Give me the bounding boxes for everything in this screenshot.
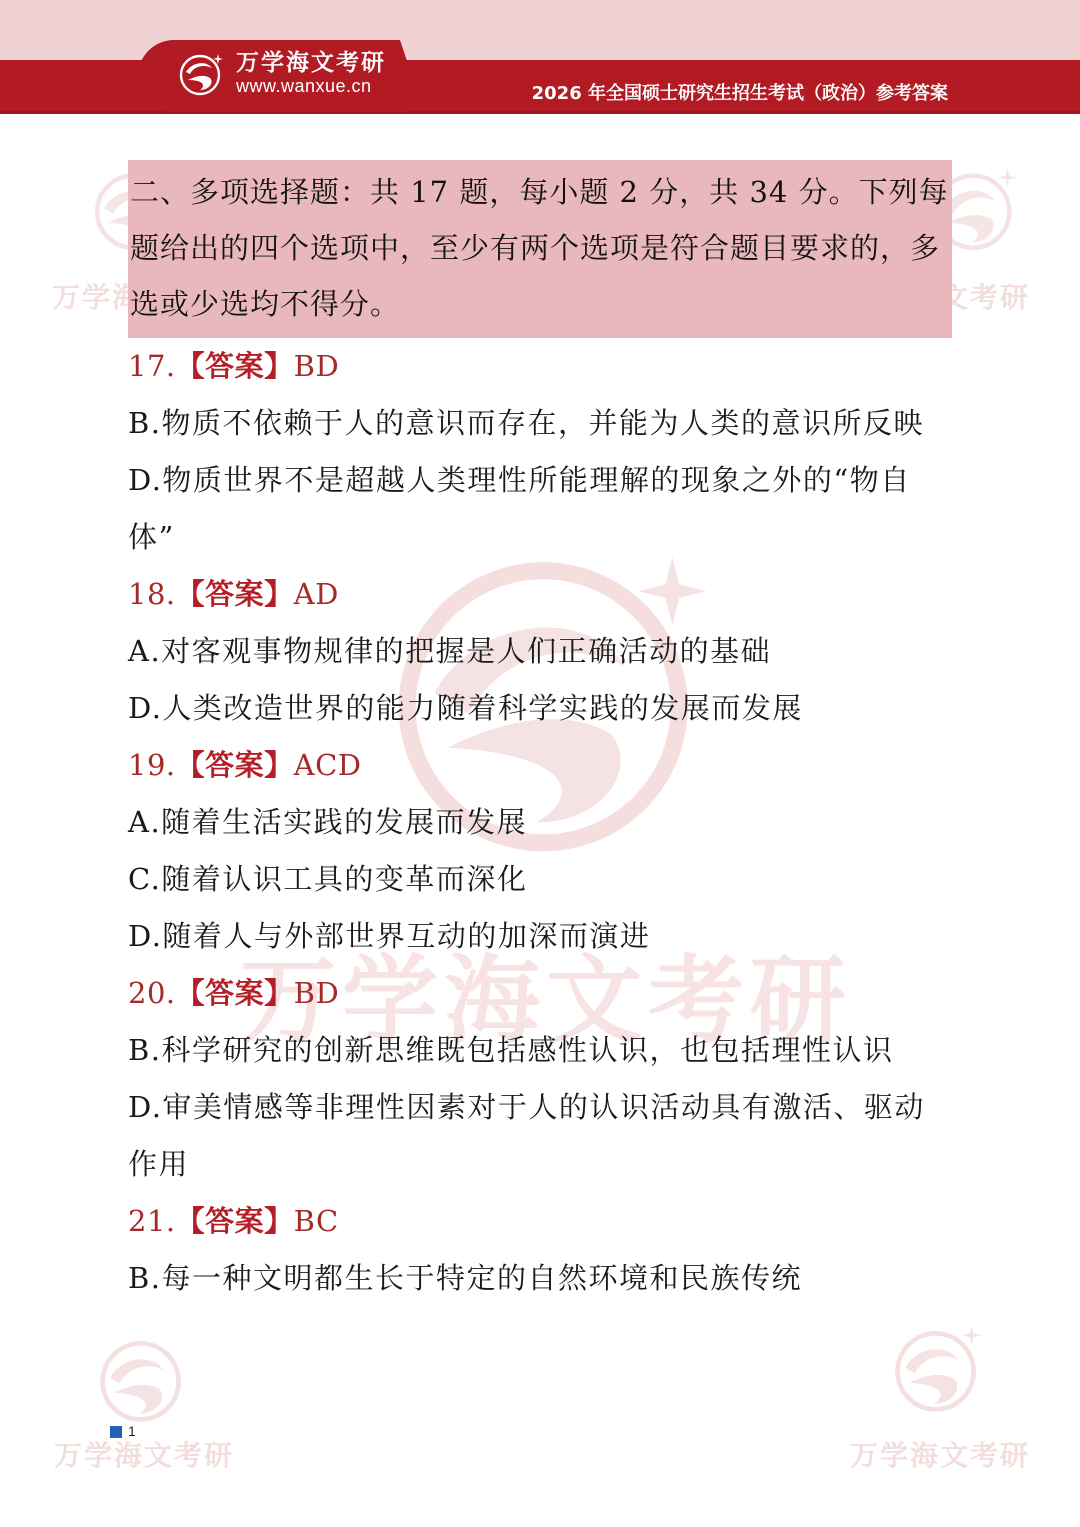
answer-label: 【答案】 [176,577,294,611]
answer-label: 【答案】 [176,1204,294,1238]
answer-key: BD [294,349,340,383]
answer-label: 【答案】 [176,976,294,1010]
question-number: 19. [128,748,176,782]
answer-option: B.每一种文明都生长于特定的自然环境和民族传统 [128,1250,952,1307]
answer-label: 【答案】 [176,349,294,383]
answer-option: D.审美情感等非理性因素对于人的认识活动具有激活、驱动作用 [128,1079,952,1193]
answer-key: BC [294,1204,339,1238]
watermark-logo-icon [890,1322,985,1417]
brand-name: 万学海文考研 [236,50,386,76]
question-number: 17. [128,349,176,383]
answer-key: BD [294,976,340,1010]
answer-option: B.物质不依赖于人的意识而存在，并能为人类的意识所反映 [128,395,952,452]
answer-content: 二、多项选择题：共 17 题，每小题 2 分，共 34 分。下列每题给出的四个选… [128,160,952,1307]
watermark-text-bottom-right: 万学海文考研 [850,1434,1030,1474]
answer-heading: 18.【答案】AD [128,566,952,623]
answer-block-19: 19.【答案】ACD A.随着生活实践的发展而发展 C.随着认识工具的变革而深化… [128,737,952,965]
question-number: 20. [128,976,176,1010]
answer-option: D.人类改造世界的能力随着科学实践的发展而发展 [128,680,952,737]
page-number: 1 [128,1421,136,1441]
answer-option: D.随着人与外部世界互动的加深而演进 [128,908,952,965]
answer-key: AD [294,577,339,611]
answer-option: C.随着认识工具的变革而深化 [128,851,952,908]
watermark-text-bottom-left: 万学海文考研 [54,1434,234,1474]
answer-option: D.物质世界不是超越人类理性所能理解的现象之外的“物自体” [128,452,952,566]
answer-block-20: 20.【答案】BD B.科学研究的创新思维既包括感性认识，也包括理性认识 D.审… [128,965,952,1193]
swirl-logo-icon [178,50,226,98]
answer-option: A.对客观事物规律的把握是人们正确活动的基础 [128,623,952,680]
answer-block-21: 21.【答案】BC B.每一种文明都生长于特定的自然环境和民族传统 [128,1193,952,1307]
answer-heading: 20.【答案】BD [128,965,952,1022]
watermark-logo-icon [95,1332,190,1427]
answer-heading: 17.【答案】BD [128,338,952,395]
answer-heading: 21.【答案】BC [128,1193,952,1250]
page-marker-icon [110,1426,122,1438]
answer-block-18: 18.【答案】AD A.对客观事物规律的把握是人们正确活动的基础 D.人类改造世… [128,566,952,737]
answer-option: A.随着生活实践的发展而发展 [128,794,952,851]
section-intro: 二、多项选择题：共 17 题，每小题 2 分，共 34 分。下列每题给出的四个选… [128,160,952,338]
question-number: 21. [128,1204,176,1238]
answer-key: ACD [294,748,362,782]
answer-label: 【答案】 [176,748,294,782]
question-number: 18. [128,577,176,611]
answer-heading: 19.【答案】ACD [128,737,952,794]
header-underline [0,111,1080,114]
answer-block-17: 17.【答案】BD B.物质不依赖于人的意识而存在，并能为人类的意识所反映 D.… [128,338,952,566]
answer-option: B.科学研究的创新思维既包括感性认识，也包括理性认识 [128,1022,952,1079]
brand-url: www.wanxue.cn [236,76,372,96]
document-title: 2026 年全国硕士研究生招生考试（政治）参考答案 [532,82,948,106]
